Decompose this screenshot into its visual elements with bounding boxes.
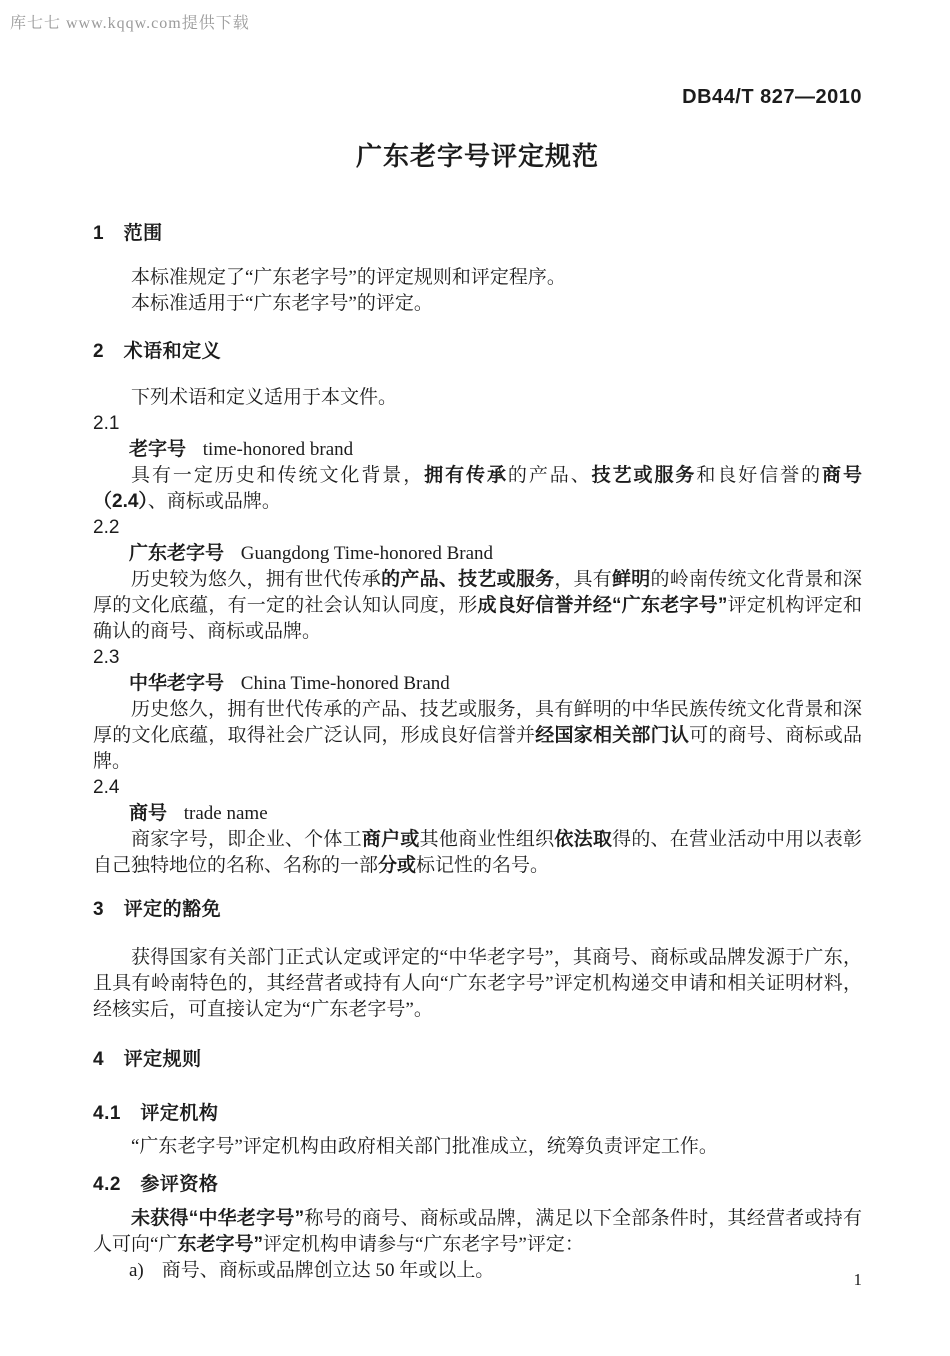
clause-number: 2.1 bbox=[93, 411, 862, 437]
term-en: Guangdong Time-honored Brand bbox=[241, 543, 493, 564]
scope-paragraph: 本标准规定了“广东老字号”的评定规则和评定程序。 bbox=[93, 265, 862, 291]
term-definition: 商家字号，即企业、个体工商户或其他商业性组织依法取得的、在营业活动中用以表彰自己… bbox=[93, 827, 862, 879]
term-definition: 历史悠久，拥有世代传承的产品、技艺或服务，具有鲜明的中华民族传统文化背景和深厚的… bbox=[93, 697, 862, 775]
scope-paragraph: 本标准适用于“广东老字号”的评定。 bbox=[93, 291, 862, 317]
terms-intro: 下列术语和定义适用于本文件。 bbox=[93, 385, 862, 411]
term-line: 商号 trade name bbox=[129, 801, 862, 827]
clause-number: 2.2 bbox=[93, 515, 862, 541]
clause-number: 2.4 bbox=[93, 775, 862, 801]
document-content: DB44/T 827—2010 广东老字号评定规范 1 范围 本标准规定了“广东… bbox=[0, 0, 950, 1284]
term-en: China Time-honored Brand bbox=[241, 673, 450, 694]
heading-scope: 1 范围 bbox=[93, 221, 862, 247]
document-title: 广东老字号评定规范 bbox=[93, 137, 862, 175]
list-item-label: a) bbox=[129, 1260, 144, 1281]
document-page: 库七七 www.kqqw.com提供下载 DB44/T 827—2010 广东老… bbox=[0, 0, 950, 1356]
term-definition: 历史较为悠久，拥有世代传承的产品、技艺或服务，具有鲜明的岭南传统文化背景和深厚的… bbox=[93, 567, 862, 645]
clause-number: 2.3 bbox=[93, 645, 862, 671]
term-line: 老字号 time-honored brand bbox=[129, 437, 862, 463]
term-zh: 商号 bbox=[129, 803, 167, 824]
heading-rules-42: 4.2 参评资格 bbox=[93, 1172, 862, 1198]
list-item-text: 商号、商标或品牌创立达 50 年或以上。 bbox=[162, 1260, 495, 1281]
term-en: trade name bbox=[184, 803, 268, 824]
term-definition: 具有一定历史和传统文化背景，拥有传承的产品、技艺或服务和良好信誉的商号（2.4）… bbox=[93, 463, 862, 515]
heading-terms: 2 术语和定义 bbox=[93, 339, 862, 365]
term-line: 中华老字号 China Time-honored Brand bbox=[129, 671, 862, 697]
exemption-paragraph: 获得国家有关部门正式认定或评定的“中华老字号”，其商号、商标或品牌发源于广东，且… bbox=[93, 945, 862, 1023]
term-zh: 中华老字号 bbox=[129, 673, 224, 694]
term-line: 广东老字号 Guangdong Time-honored Brand bbox=[129, 541, 862, 567]
rules-42-paragraph: 未获得“中华老字号”称号的商号、商标或品牌，满足以下全部条件时，其经营者或持有人… bbox=[93, 1206, 862, 1258]
term-en: time-honored brand bbox=[203, 439, 353, 460]
list-item-a: a)商号、商标或品牌创立达 50 年或以上。 bbox=[129, 1258, 862, 1284]
heading-exemption: 3 评定的豁免 bbox=[93, 897, 862, 923]
watermark-text: 库七七 www.kqqw.com提供下载 bbox=[10, 10, 250, 33]
page-number: 1 bbox=[854, 1270, 863, 1290]
term-zh: 广东老字号 bbox=[129, 543, 224, 564]
rules-41-paragraph: “广东老字号”评定机构由政府相关部门批准成立，统筹负责评定工作。 bbox=[93, 1134, 862, 1160]
term-zh: 老字号 bbox=[129, 439, 186, 460]
heading-rules: 4 评定规则 bbox=[93, 1047, 862, 1073]
heading-rules-41: 4.1 评定机构 bbox=[93, 1101, 862, 1127]
